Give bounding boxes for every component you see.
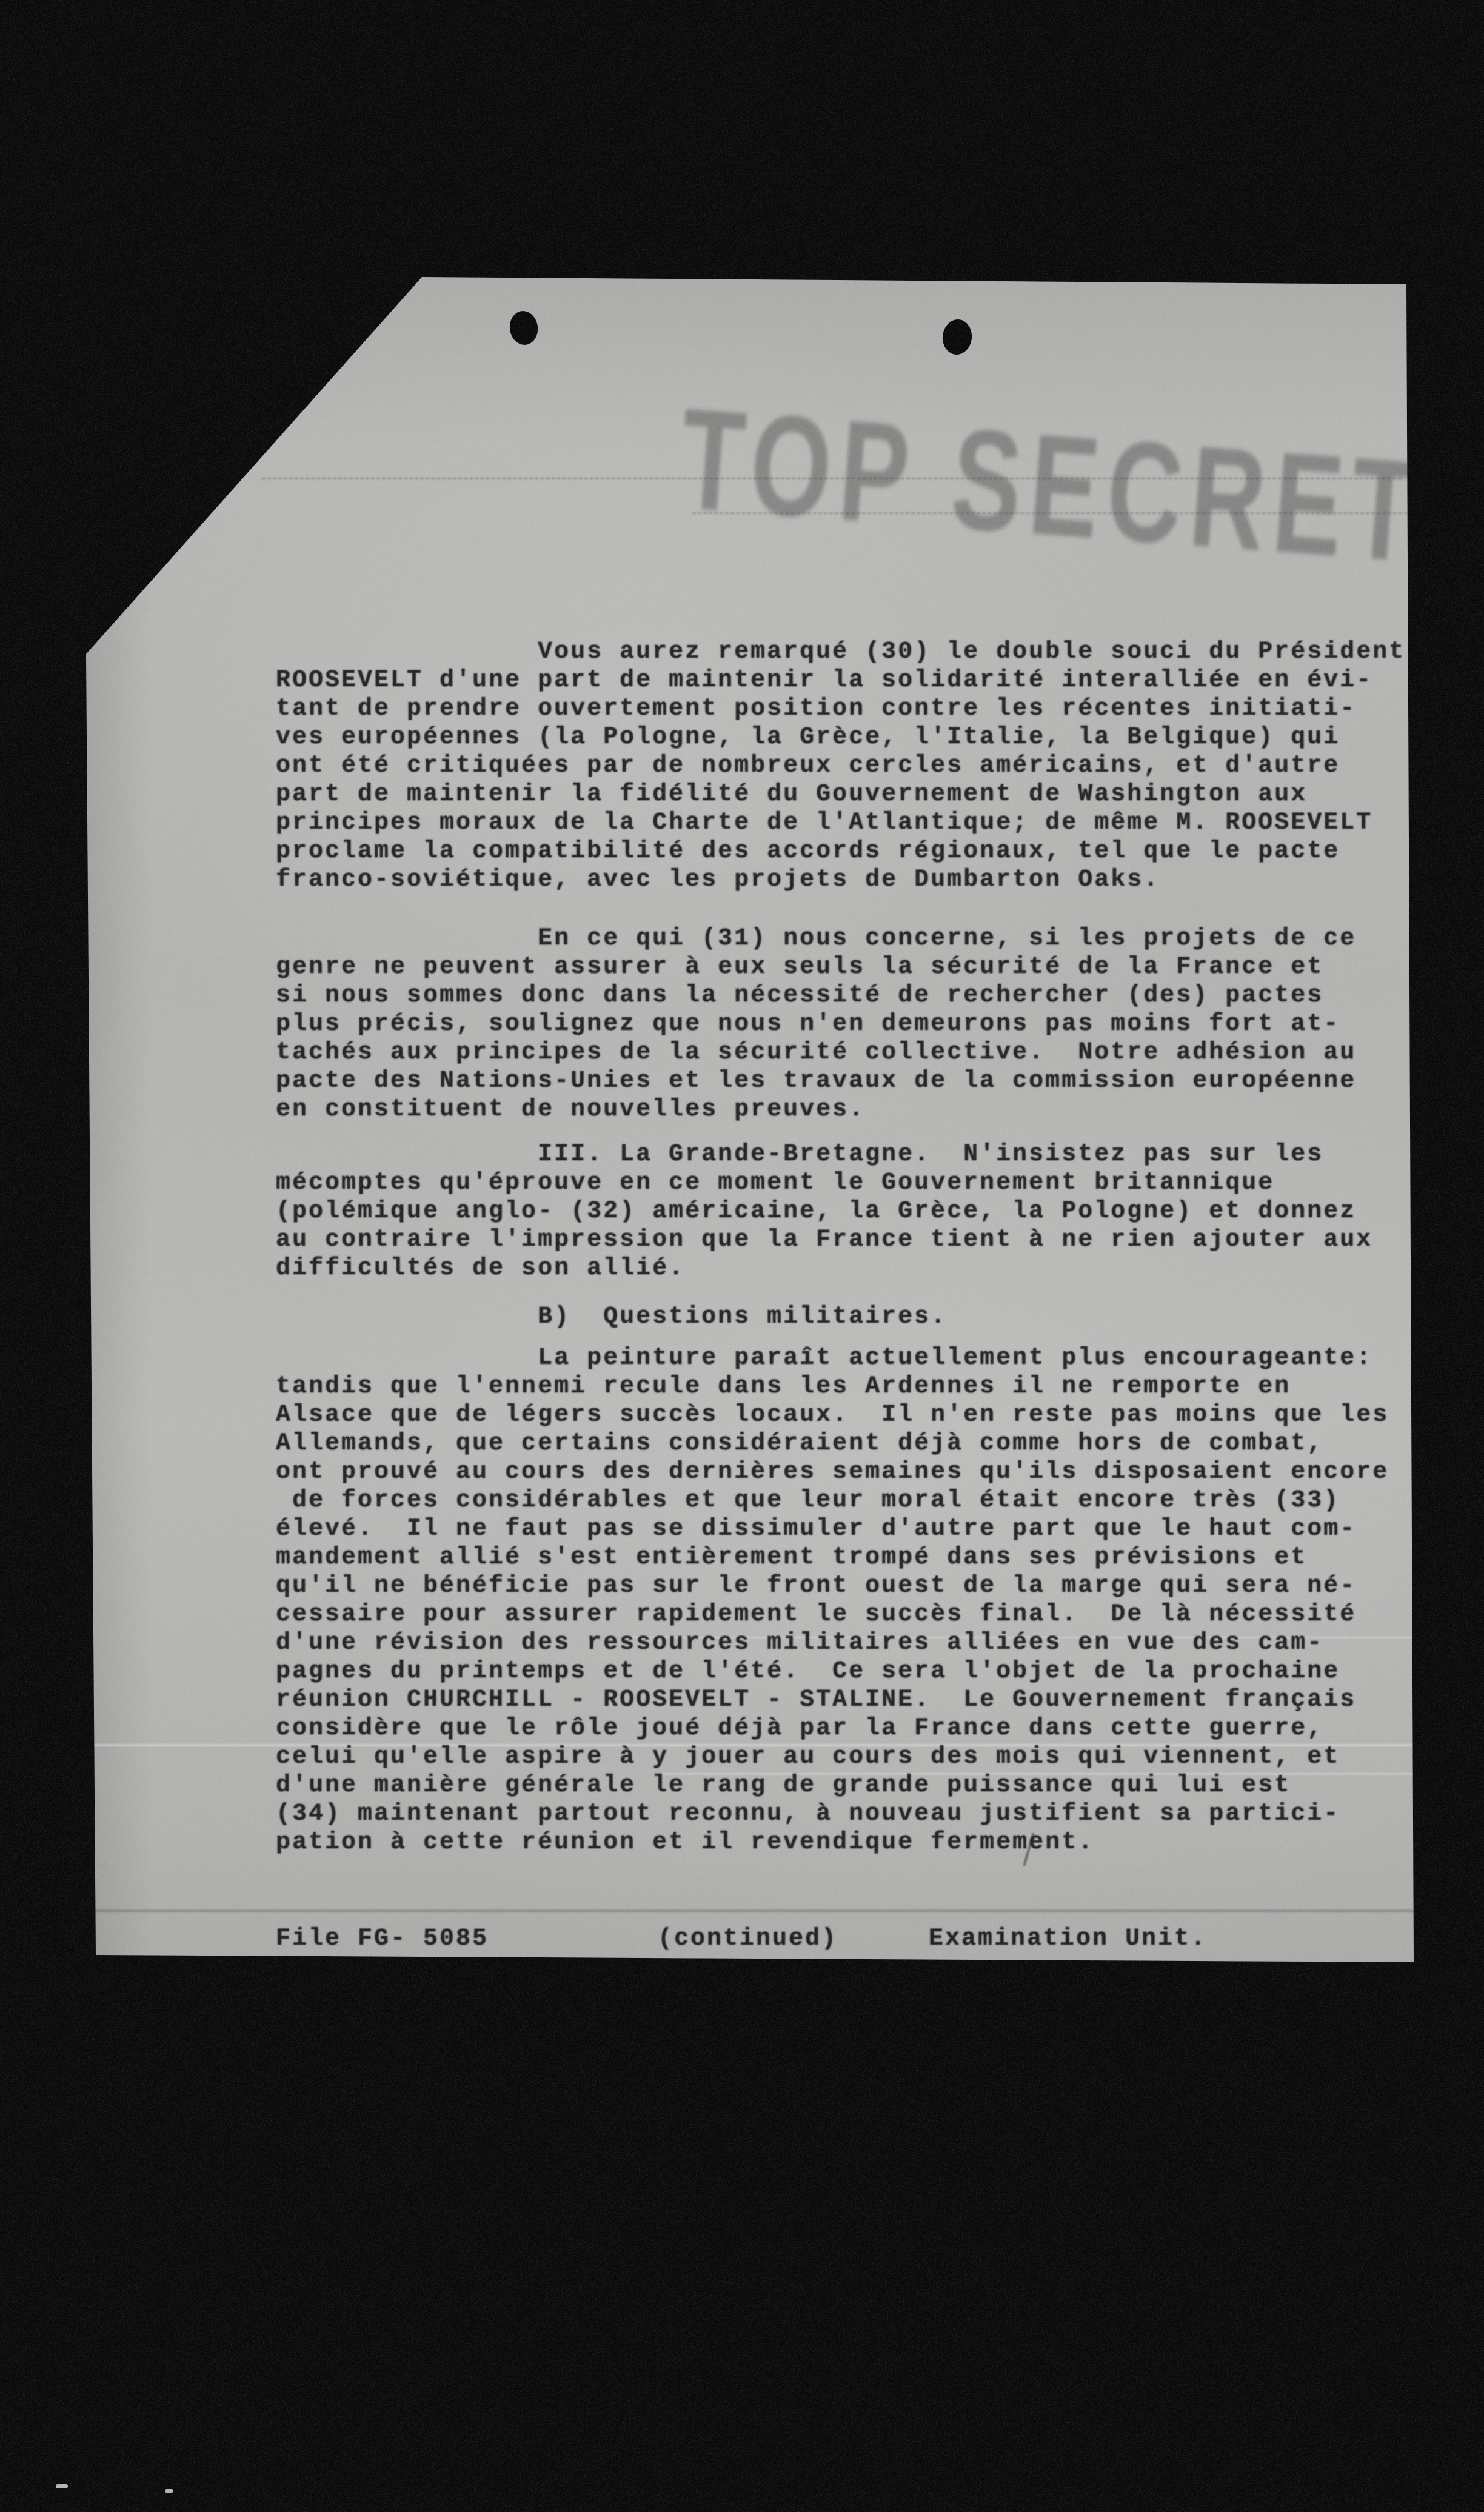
paragraph-military-situation: La peinture paraît actuellement plus enc… [276, 1344, 1389, 1857]
top-secret-stamp: TOP SECRET [676, 387, 1428, 584]
punch-hole-left [507, 309, 540, 347]
footer-file-reference: File FG- 5085 [276, 1925, 489, 1953]
punch-hole-right [941, 318, 974, 356]
paragraph-roosevelt-policy: Vous aurez remarqué (30) le double souci… [276, 638, 1405, 894]
paragraph-french-position: En ce qui (31) nous concerne, si les pro… [276, 924, 1356, 1124]
footer-examination-unit: Examination Unit. [929, 1925, 1207, 1953]
paragraph-grande-bretagne: III. La Grande-Bretagne. N'insistez pas … [276, 1140, 1372, 1283]
section-heading-questions-militaires: B) Questions militaires. [276, 1303, 947, 1331]
footer-continued-label: (continued) [658, 1925, 838, 1953]
film-dust-speck [56, 2484, 68, 2488]
microfilm-frame: TOP SECRET Vous aurez remarqué (30) le d… [0, 0, 1484, 2512]
fold-line [86, 1910, 1414, 1912]
document-page: TOP SECRET Vous aurez remarqué (30) le d… [86, 277, 1414, 1968]
film-dust-speck [165, 2489, 173, 2493]
